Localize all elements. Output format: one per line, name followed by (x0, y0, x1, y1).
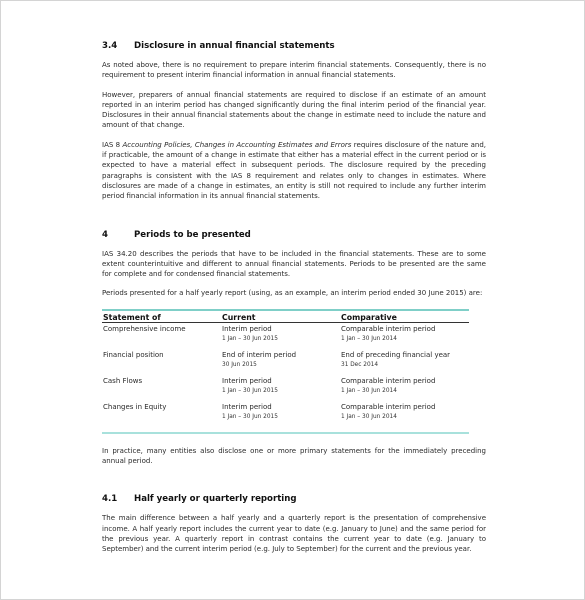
text-span: requires disclosure of the nature and, i… (102, 141, 486, 200)
comparative-period: Comparable interim period (341, 376, 469, 386)
table-row: Comprehensive incomeInterim period1 Jan … (102, 322, 469, 349)
statement-name: Financial position (103, 351, 164, 359)
paragraph: However, preparers of annual financial s… (102, 90, 486, 131)
statement-cell: Cash Flows (102, 375, 221, 401)
standard-title: Accounting Policies, Changes in Accounti… (123, 141, 352, 149)
paragraph: IAS 8 Accounting Policies, Changes in Ac… (102, 140, 486, 202)
comparative-cell: Comparable interim period1 Jan – 30 Jun … (340, 401, 469, 433)
statement-cell: Changes in Equity (102, 401, 221, 433)
current-cell: End of interim period30 Jun 2015 (221, 349, 340, 375)
table-row: Financial positionEnd of interim period3… (102, 349, 469, 375)
periods-table: Statement of Current Comparative Compreh… (102, 309, 469, 434)
column-header: Statement of (102, 310, 221, 323)
paragraph: The main difference between a half yearl… (102, 513, 486, 554)
table-row: Cash FlowsInterim period1 Jan – 30 Jun 2… (102, 375, 469, 401)
comparative-period: End of preceding financial year (341, 350, 469, 360)
current-cell: Interim period1 Jan – 30 Jun 2015 (221, 401, 340, 433)
section-title: Periods to be presented (134, 230, 251, 240)
current-date: 30 Jun 2015 (222, 360, 340, 370)
paragraph: In practice, many entities also disclose… (102, 446, 486, 467)
section-heading-3-4: 3.4 Disclosure in annual financial state… (102, 41, 486, 51)
section-heading-4-1: 4.1 Half yearly or quarterly reporting (102, 494, 486, 504)
statement-cell: Financial position (102, 349, 221, 375)
section-number: 3.4 (102, 41, 134, 51)
comparative-date: 1 Jan – 30 Jun 2014 (341, 412, 469, 422)
table-header-row: Statement of Current Comparative (102, 310, 469, 323)
section-title: Half yearly or quarterly reporting (134, 494, 297, 504)
comparative-cell: End of preceding financial year31 Dec 20… (340, 349, 469, 375)
section-title: Disclosure in annual financial statement… (134, 41, 335, 51)
current-period: Interim period (222, 402, 340, 412)
comparative-date: 31 Dec 2014 (341, 360, 469, 370)
comparative-period: Comparable interim period (341, 324, 469, 334)
current-period: Interim period (222, 324, 340, 334)
statement-name: Comprehensive income (103, 325, 186, 333)
statement-name: Cash Flows (103, 377, 142, 385)
current-date: 1 Jan – 30 Jun 2015 (222, 334, 340, 344)
statement-name: Changes in Equity (103, 403, 166, 411)
section-heading-4: 4 Periods to be presented (102, 230, 486, 240)
current-period: End of interim period (222, 350, 340, 360)
comparative-cell: Comparable interim period1 Jan – 30 Jun … (340, 375, 469, 401)
current-date: 1 Jan – 30 Jun 2015 (222, 412, 340, 422)
current-cell: Interim period1 Jan – 30 Jun 2015 (221, 322, 340, 349)
paragraph: Periods presented for a half yearly repo… (102, 288, 486, 298)
column-header: Current (221, 310, 340, 323)
column-header: Comparative (340, 310, 469, 323)
current-date: 1 Jan – 30 Jun 2015 (222, 386, 340, 396)
paragraph: As noted above, there is no requirement … (102, 60, 486, 81)
section-number: 4 (102, 230, 134, 240)
table-row: Changes in EquityInterim period1 Jan – 3… (102, 401, 469, 433)
paragraph: IAS 34.20 describes the periods that hav… (102, 249, 486, 280)
comparative-date: 1 Jan – 30 Jun 2014 (341, 386, 469, 396)
comparative-period: Comparable interim period (341, 402, 469, 412)
comparative-date: 1 Jan – 30 Jun 2014 (341, 334, 469, 344)
document-page: 3.4 Disclosure in annual financial state… (0, 0, 585, 600)
section-number: 4.1 (102, 494, 134, 504)
page-content: 3.4 Disclosure in annual financial state… (102, 41, 486, 555)
statement-cell: Comprehensive income (102, 322, 221, 349)
current-period: Interim period (222, 376, 340, 386)
text-span: IAS 8 (102, 141, 123, 149)
current-cell: Interim period1 Jan – 30 Jun 2015 (221, 375, 340, 401)
comparative-cell: Comparable interim period1 Jan – 30 Jun … (340, 322, 469, 349)
